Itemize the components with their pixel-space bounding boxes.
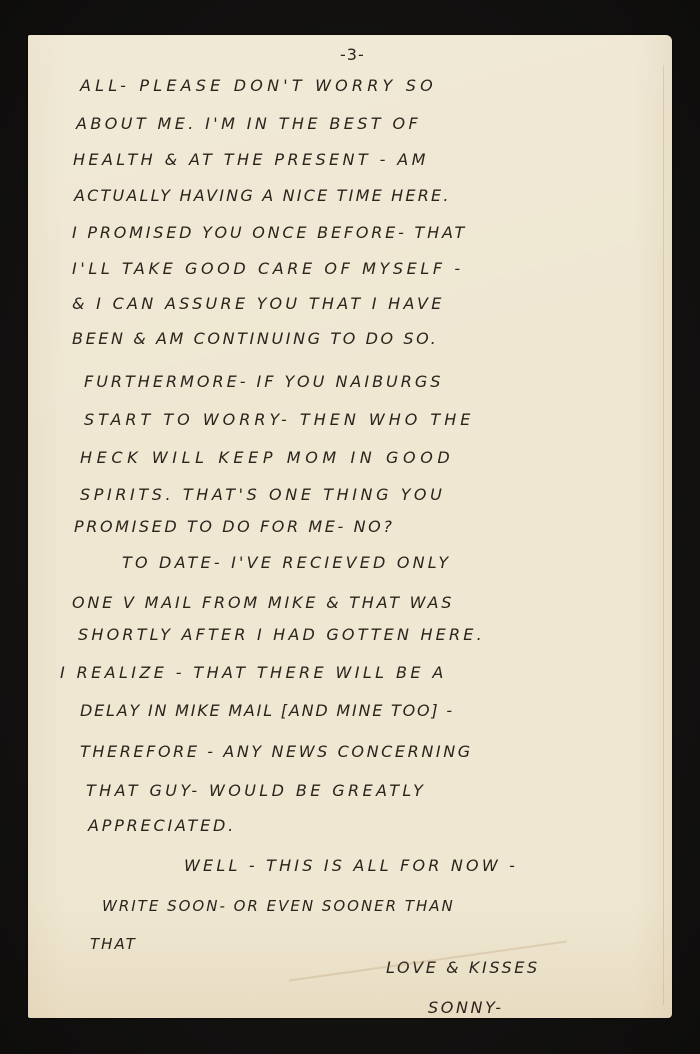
paper-edge-line bbox=[663, 65, 664, 1005]
closing-salutation: Love & Kisses bbox=[386, 960, 540, 976]
letter-line: therefore - any news concerning bbox=[80, 744, 473, 760]
letter-line: I promised you once before- that bbox=[72, 225, 467, 241]
letter-line: that guy- would be greatly bbox=[86, 783, 426, 799]
letter-line: promised to do for me- No? bbox=[74, 519, 394, 535]
letter-line: actually having a nice time here. bbox=[74, 188, 451, 204]
letter-line: Well - this is all for now - bbox=[184, 858, 518, 874]
letter-line: I'll take good care of myself - bbox=[72, 261, 464, 277]
letter-line: about me. I'm in the best of bbox=[76, 116, 421, 132]
letter-line: delay in Mike mail [and mine too] - bbox=[80, 703, 454, 719]
letter-line: shortly after I had gotten here. bbox=[78, 627, 485, 643]
letter-line: been & am continuing to do so. bbox=[72, 331, 438, 347]
letter-line: spirits. That's one thing you bbox=[80, 487, 445, 503]
letter-line: I realize - that there will be a bbox=[60, 665, 447, 681]
signature: Sonny- bbox=[428, 1000, 504, 1016]
letter-line: & I can assure you that I have bbox=[72, 296, 445, 312]
letter-line: one V mail from Mike & that was bbox=[72, 595, 454, 611]
letter-line: Write soon- or even sooner than bbox=[102, 899, 455, 914]
letter-line: start to worry- then who the bbox=[84, 412, 474, 428]
letter-line: that bbox=[90, 937, 137, 952]
letter-line: appreciated. bbox=[88, 818, 236, 834]
letter-line: health & at the present - am bbox=[73, 152, 429, 168]
letter-line: To date- I've recieved only bbox=[122, 555, 451, 571]
page-number: -3- bbox=[340, 45, 365, 64]
letter-line: All- please don't worry so bbox=[80, 78, 437, 94]
letter-line: Furthermore- if you Naiburgs bbox=[84, 374, 443, 390]
letter-line: heck will keep Mom in good bbox=[80, 450, 454, 466]
letter-page: -3- All- please don't worry so about me.… bbox=[28, 35, 672, 1018]
